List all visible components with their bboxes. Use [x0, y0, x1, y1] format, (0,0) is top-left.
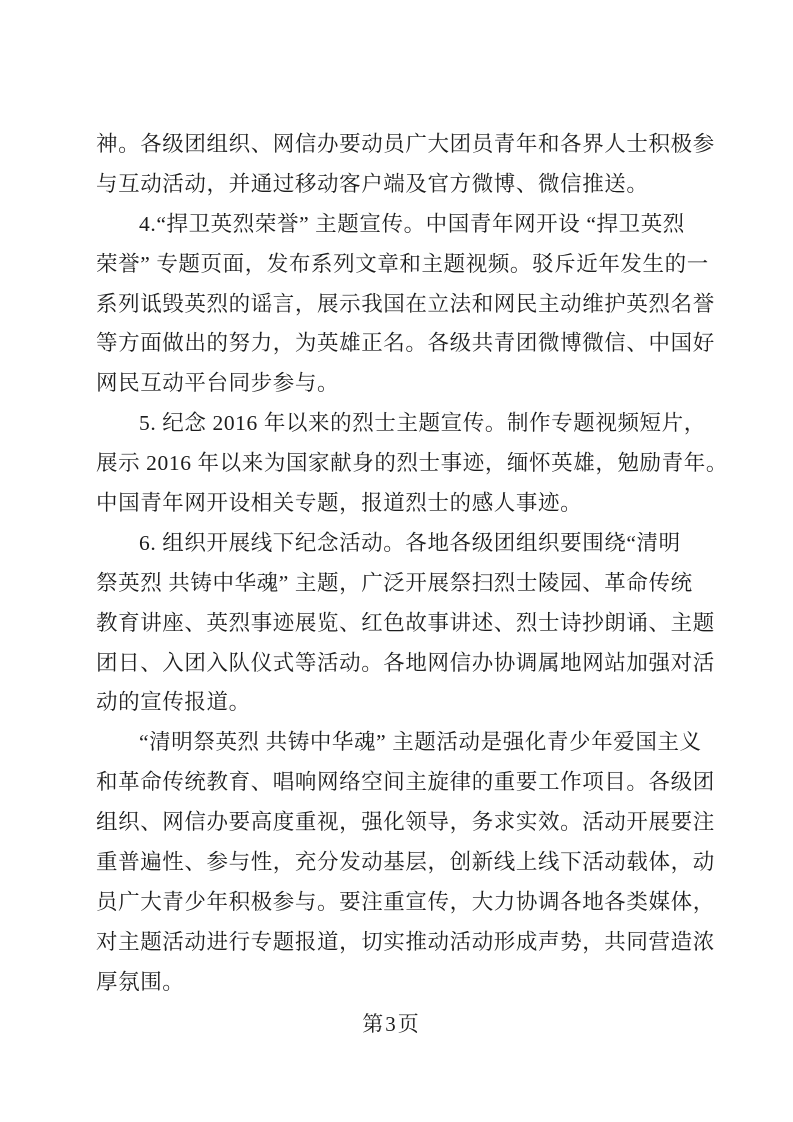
doc-line-9: 展示 2016 年以来为国家献身的烈士事迹，缅怀英雄，勉励青年。	[96, 444, 710, 484]
doc-line-1: 神。各级团组织、网信办要动员广大团员青年和各界人士积极参	[96, 125, 710, 165]
doc-line-5: 系列诋毁英烈的谣言，展示我国在立法和网民主动维护英烈名誉	[96, 285, 710, 325]
doc-line-14: 团日、入团入队仪式等活动。各地网信办协调属地网站加强对活	[96, 644, 710, 684]
doc-line-17: 和革命传统教育、唱响网络空间主旋律的重要工作项目。各级团	[96, 763, 710, 803]
document-page: 神。各级团组织、网信办要动员广大团员青年和各界人士积极参 与互动活动，并通过移动…	[0, 0, 793, 1122]
document-body: 神。各级团组织、网信办要动员广大团员青年和各界人士积极参 与互动活动，并通过移动…	[96, 125, 710, 1003]
doc-line-21: 对主题活动进行专题报道，切实推动活动形成声势，共同营造浓	[96, 923, 710, 963]
doc-line-18: 组织、网信办要高度重视，强化领导，务求实效。活动开展要注	[96, 803, 710, 843]
doc-line-19: 重普遍性、参与性，充分发动基层，创新线上线下活动载体，动	[96, 843, 710, 883]
doc-line-2: 与互动活动，并通过移动客户端及官方微博、微信推送。	[96, 165, 710, 205]
doc-line-13: 教育讲座、英烈事迹展览、红色故事讲述、烈士诗抄朗诵、主题	[96, 604, 710, 644]
doc-line-12: 祭英烈 共铸中华魂” 主题，广泛开展祭扫烈士陵园、革命传统	[96, 564, 710, 604]
doc-line-4: 荣誉” 专题页面，发布系列文章和主题视频。驳斥近年发生的一	[96, 245, 710, 285]
doc-line-15: 动的宣传报道。	[96, 683, 710, 723]
doc-line-6: 等方面做出的努力，为英雄正名。各级共青团微博微信、中国好	[96, 324, 710, 364]
page-number: 第3页	[0, 1008, 783, 1038]
doc-line-3: 4.“捍卫英烈荣誉” 主题宣传。中国青年网开设 “捍卫英烈	[96, 205, 710, 245]
doc-line-16: “清明祭英烈 共铸中华魂” 主题活动是强化青少年爱国主义	[96, 723, 710, 763]
doc-line-7: 网民互动平台同步参与。	[96, 364, 710, 404]
doc-line-10: 中国青年网开设相关专题，报道烈士的感人事迹。	[96, 484, 710, 524]
doc-line-8: 5. 纪念 2016 年以来的烈士主题宣传。制作专题视频短片，	[96, 404, 710, 444]
doc-line-11: 6. 组织开展线下纪念活动。各地各级团组织要围绕“清明	[96, 524, 710, 564]
doc-line-20: 员广大青少年积极参与。要注重宣传，大力协调各地各类媒体，	[96, 883, 710, 923]
doc-line-22: 厚氛围。	[96, 963, 710, 1003]
